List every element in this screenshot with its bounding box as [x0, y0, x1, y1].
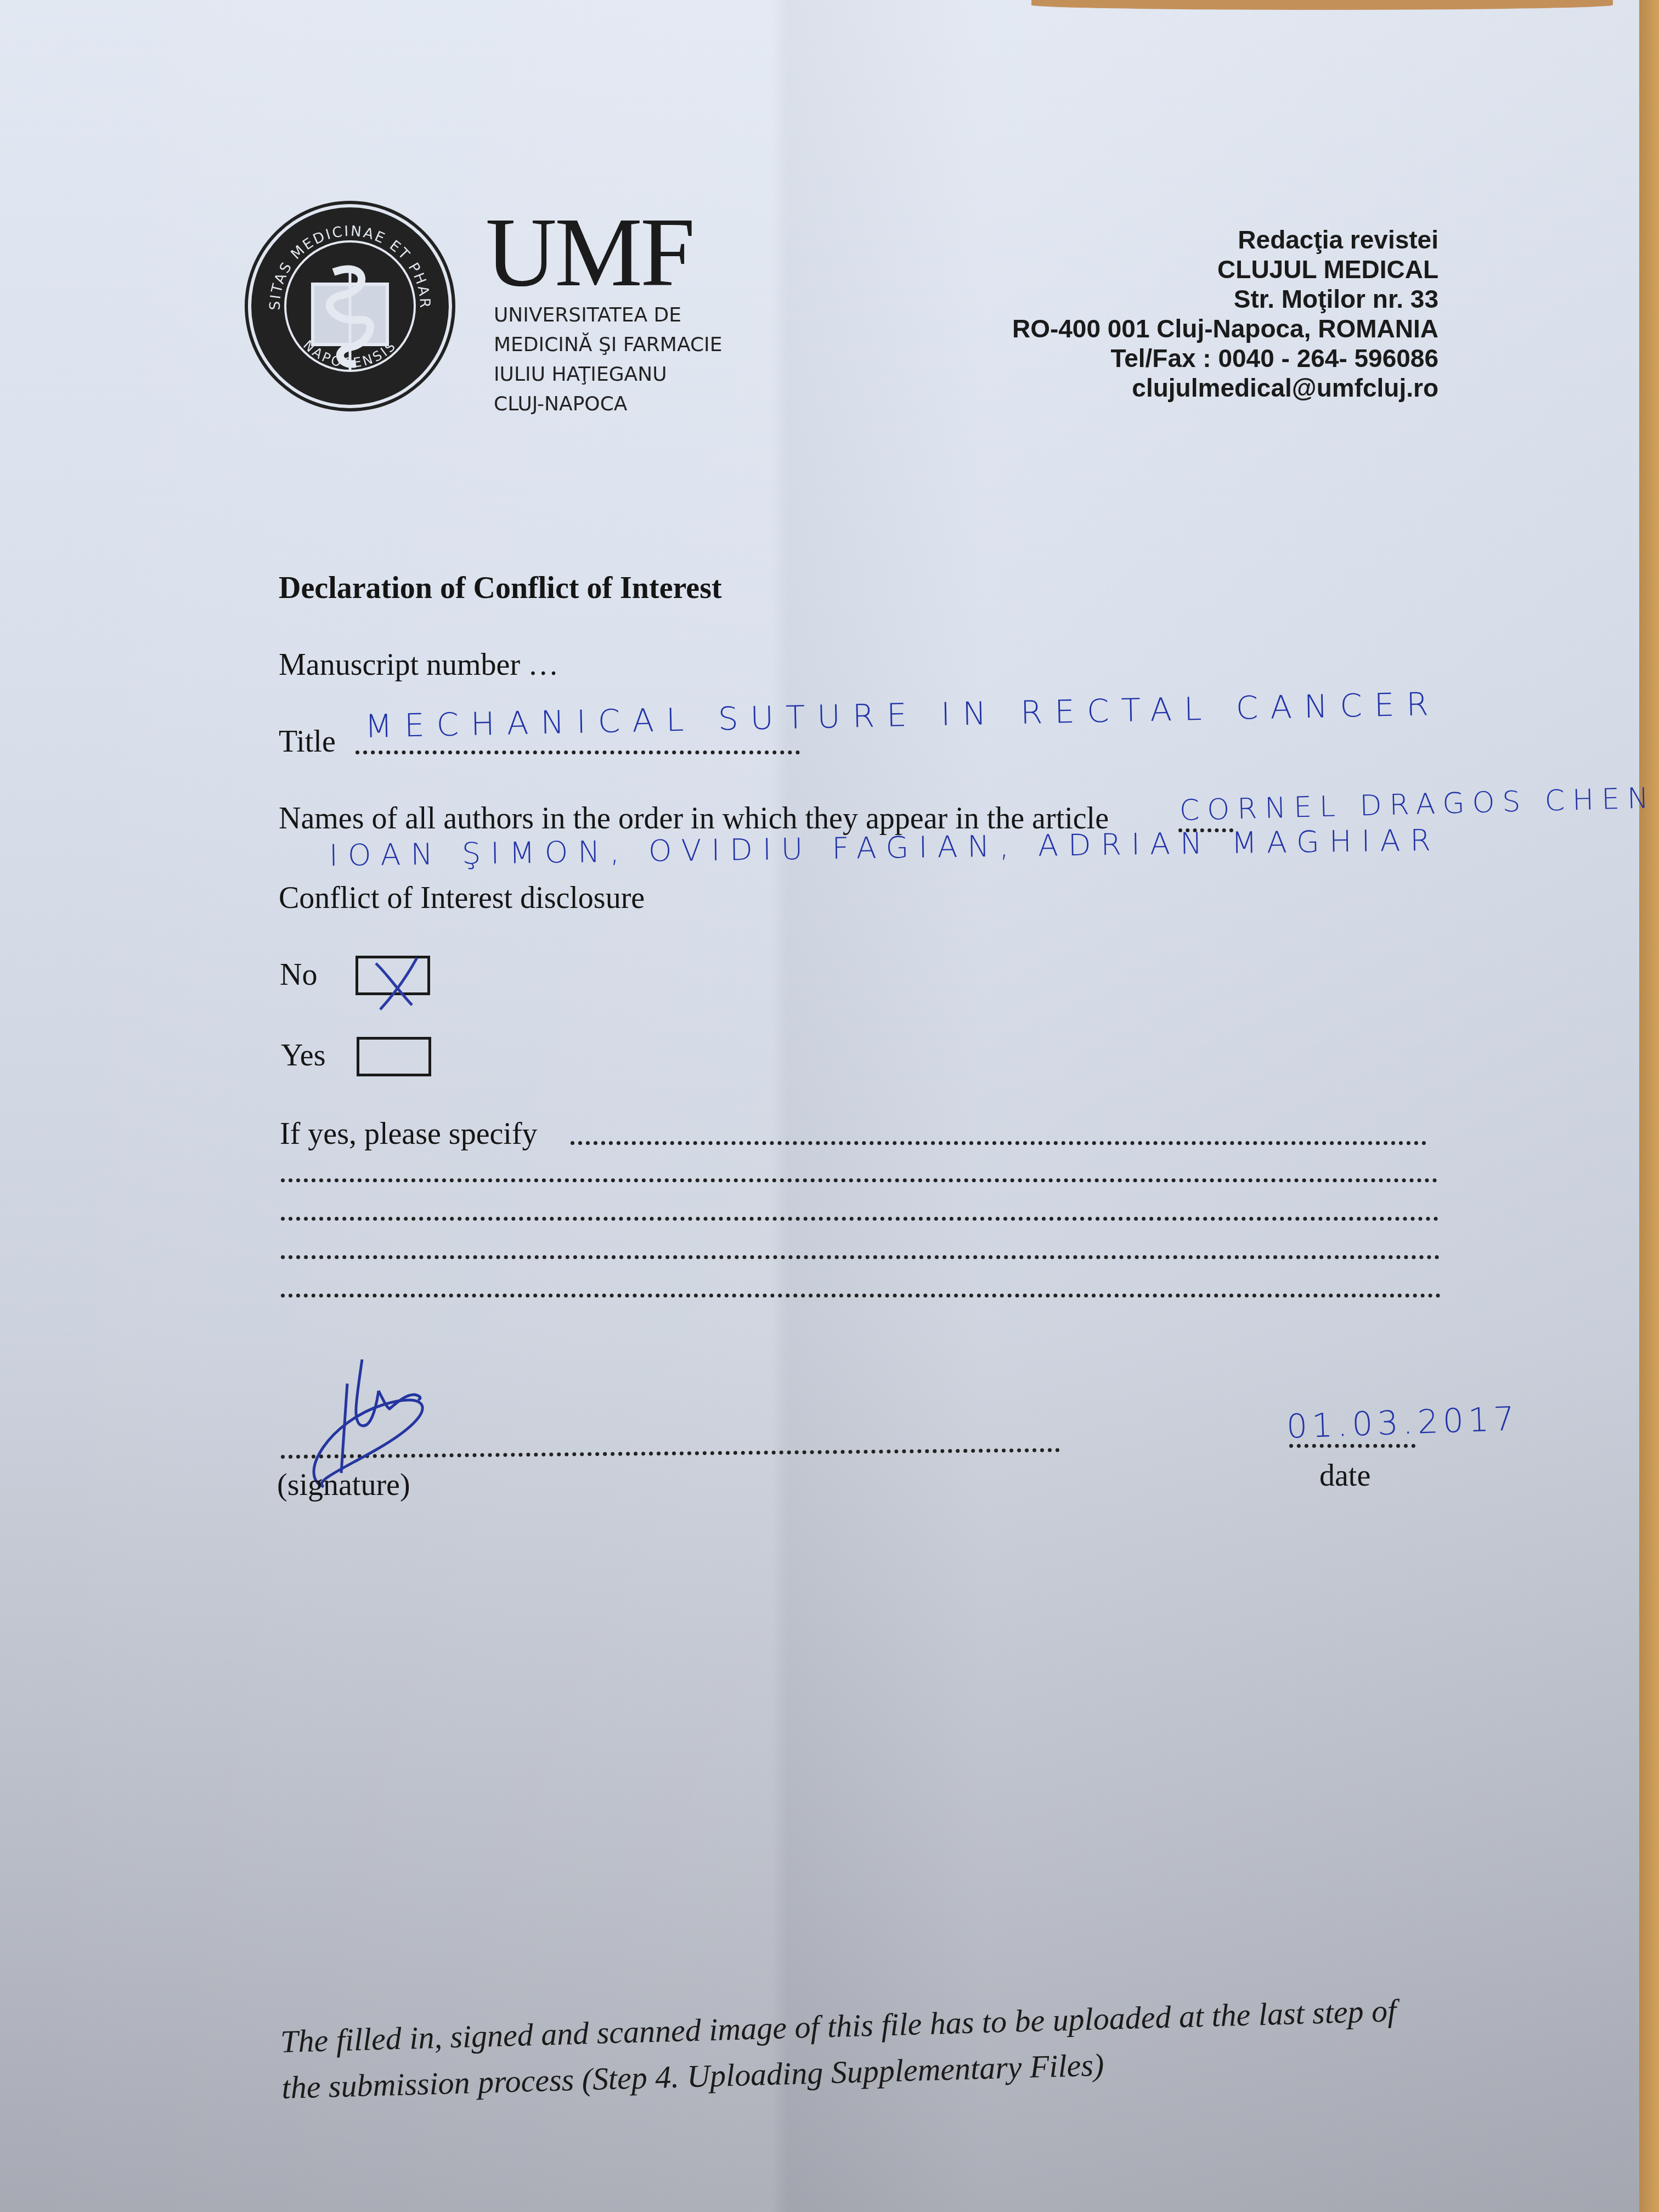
- university-line: UNIVERSITATEA DE: [494, 301, 722, 330]
- university-name: UNIVERSITATEA DE MEDICINĂ ŞI FARMACIE IU…: [494, 301, 722, 419]
- university-line: CLUJ-NAPOCA: [494, 390, 722, 419]
- manuscript-number-label: Manuscript number …: [279, 647, 558, 682]
- option-no-label: No: [280, 957, 317, 992]
- address-line: Redacţia revistei: [1012, 225, 1438, 255]
- specify-line[interactable]: [281, 1294, 1441, 1297]
- option-yes-checkbox[interactable]: [357, 1037, 431, 1076]
- university-line: MEDICINĂ ŞI FARMACIE: [494, 330, 722, 360]
- specify-line[interactable]: [281, 1178, 1437, 1182]
- specify-label: If yes, please specify: [280, 1116, 538, 1152]
- option-no-checkbox[interactable]: [356, 956, 430, 995]
- umf-logo: UMF: [486, 203, 693, 302]
- title-dotted-line: [356, 751, 800, 754]
- title-label: Title: [279, 724, 336, 759]
- date-handwritten-value[interactable]: 01.03.2017: [1286, 1400, 1520, 1446]
- specify-line[interactable]: [281, 1255, 1440, 1259]
- address-line: Tel/Fax : 0040 - 264- 596086: [1012, 343, 1438, 373]
- specify-line[interactable]: [281, 1217, 1438, 1221]
- journal-address: Redacţia revistei CLUJUL MEDICAL Str. Mo…: [1012, 225, 1438, 403]
- address-line: Str. Moţilor nr. 33: [1012, 284, 1438, 314]
- disclosure-label: Conflict of Interest disclosure: [279, 881, 645, 916]
- signature-label: (signature): [277, 1468, 410, 1503]
- university-line: IULIU HAŢIEGANU: [494, 360, 722, 390]
- form-heading: Declaration of Conflict of Interest: [279, 571, 722, 606]
- specify-line[interactable]: [571, 1141, 1426, 1145]
- x-mark-icon: [356, 950, 432, 1011]
- address-line: CLUJUL MEDICAL: [1012, 255, 1438, 284]
- date-label: date: [1319, 1458, 1370, 1493]
- university-seal-icon: UNIVERSITAS MEDICINAE ET PHARMACIAE NAPO…: [251, 207, 449, 405]
- address-email: clujulmedical@umfcluj.ro: [1012, 373, 1438, 403]
- desk-edge: [1639, 0, 1659, 2212]
- option-yes-label: Yes: [281, 1038, 325, 1073]
- address-line: RO-400 001 Cluj-Napoca, ROMANIA: [1012, 314, 1438, 343]
- desk-edge-top: [1031, 0, 1613, 10]
